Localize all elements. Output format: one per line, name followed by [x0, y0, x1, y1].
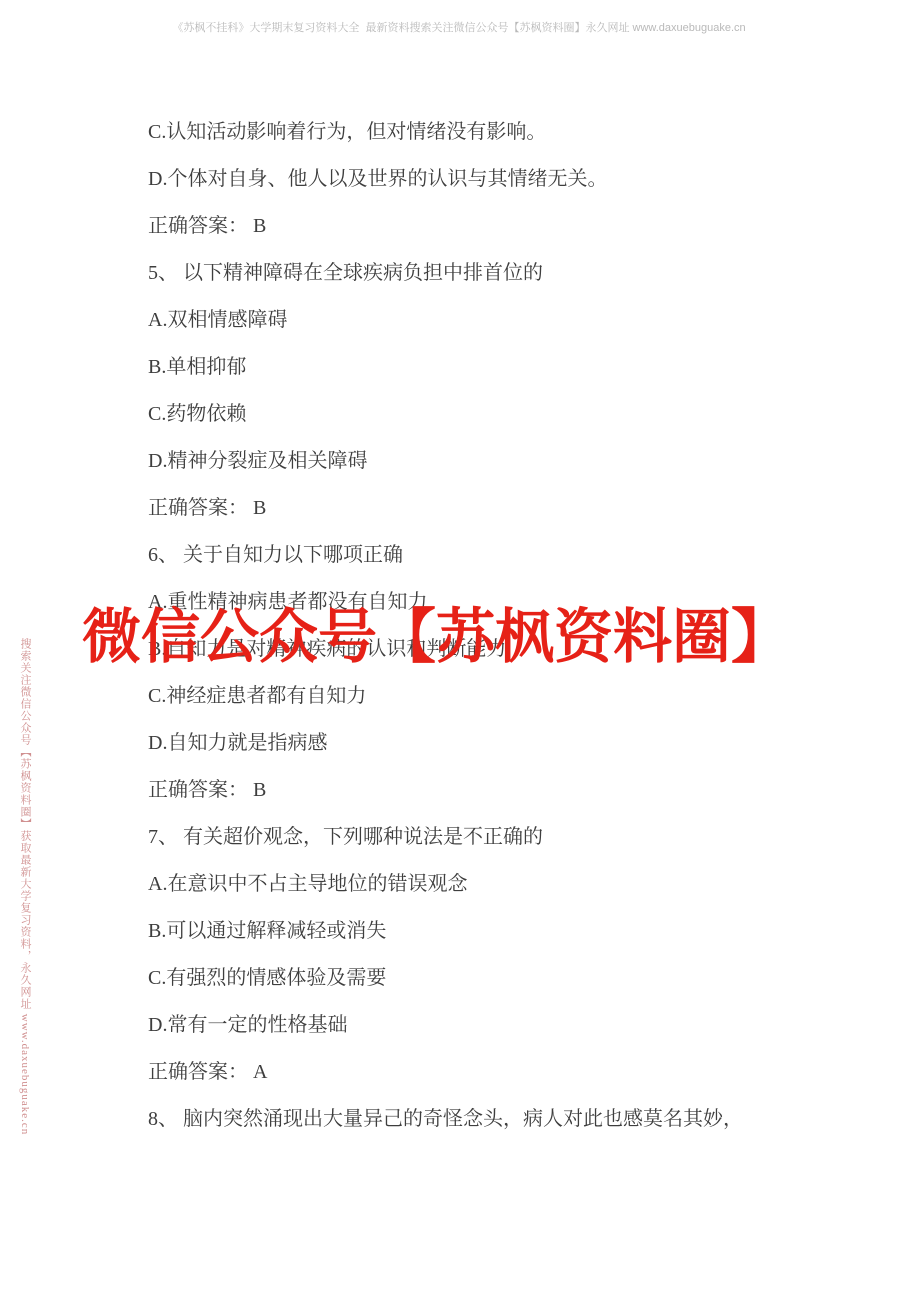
question-stem: 6、 关于自知力以下哪项正确	[148, 545, 848, 565]
option-line: B.自知力是对精神疾病的认识和判断能力	[148, 639, 848, 659]
option-line: C.神经症患者都有自知力	[148, 686, 848, 706]
option-line: B.单相抑郁	[148, 357, 848, 377]
question-list: C.认知活动影响着行为，但对情绪没有影响。 D.个体对自身、他人以及世界的认识与…	[148, 122, 848, 1156]
option-line: A.在意识中不占主导地位的错误观念	[148, 874, 848, 894]
answer-line: 正确答案： B	[148, 780, 848, 800]
option-line: C.认知活动影响着行为，但对情绪没有影响。	[148, 122, 848, 142]
option-line: C.有强烈的情感体验及需要	[148, 968, 848, 988]
question-stem: 7、 有关超价观念，下列哪种说法是不正确的	[148, 827, 848, 847]
question-stem: 8、 脑内突然涌现出大量异己的奇怪念头，病人对此也感莫名其妙，	[148, 1109, 848, 1129]
option-line: C.药物依赖	[148, 404, 848, 424]
question-stem: 5、 以下精神障碍在全球疾病负担中排首位的	[148, 263, 848, 283]
left-vertical-watermark-text: 搜索关注微信公众号【苏枫资料圈】获取最新大学复习资料，永久网址 www.daxu…	[17, 638, 33, 1198]
option-line: D.自知力就是指病感	[148, 733, 848, 753]
option-line: A.重性精神病患者都没有自知力	[148, 592, 848, 612]
answer-line: 正确答案： A	[148, 1062, 848, 1082]
option-line: D.常有一定的性格基础	[148, 1015, 848, 1035]
option-line: D.个体对自身、他人以及世界的认识与其情绪无关。	[148, 169, 848, 189]
answer-line: 正确答案： B	[148, 216, 848, 236]
document-page: 《苏枫不挂科》大学期末复习资料大全 最新资料搜索关注微信公众号【苏枫资料圈】永久…	[0, 0, 918, 1298]
answer-line: 正确答案： B	[148, 498, 848, 518]
option-line: D.精神分裂症及相关障碍	[148, 451, 848, 471]
option-line: A.双相情感障碍	[148, 310, 848, 330]
option-line: B.可以通过解释减轻或消失	[148, 921, 848, 941]
page-header-text: 《苏枫不挂科》大学期末复习资料大全 最新资料搜索关注微信公众号【苏枫资料圈】永久…	[0, 19, 918, 35]
